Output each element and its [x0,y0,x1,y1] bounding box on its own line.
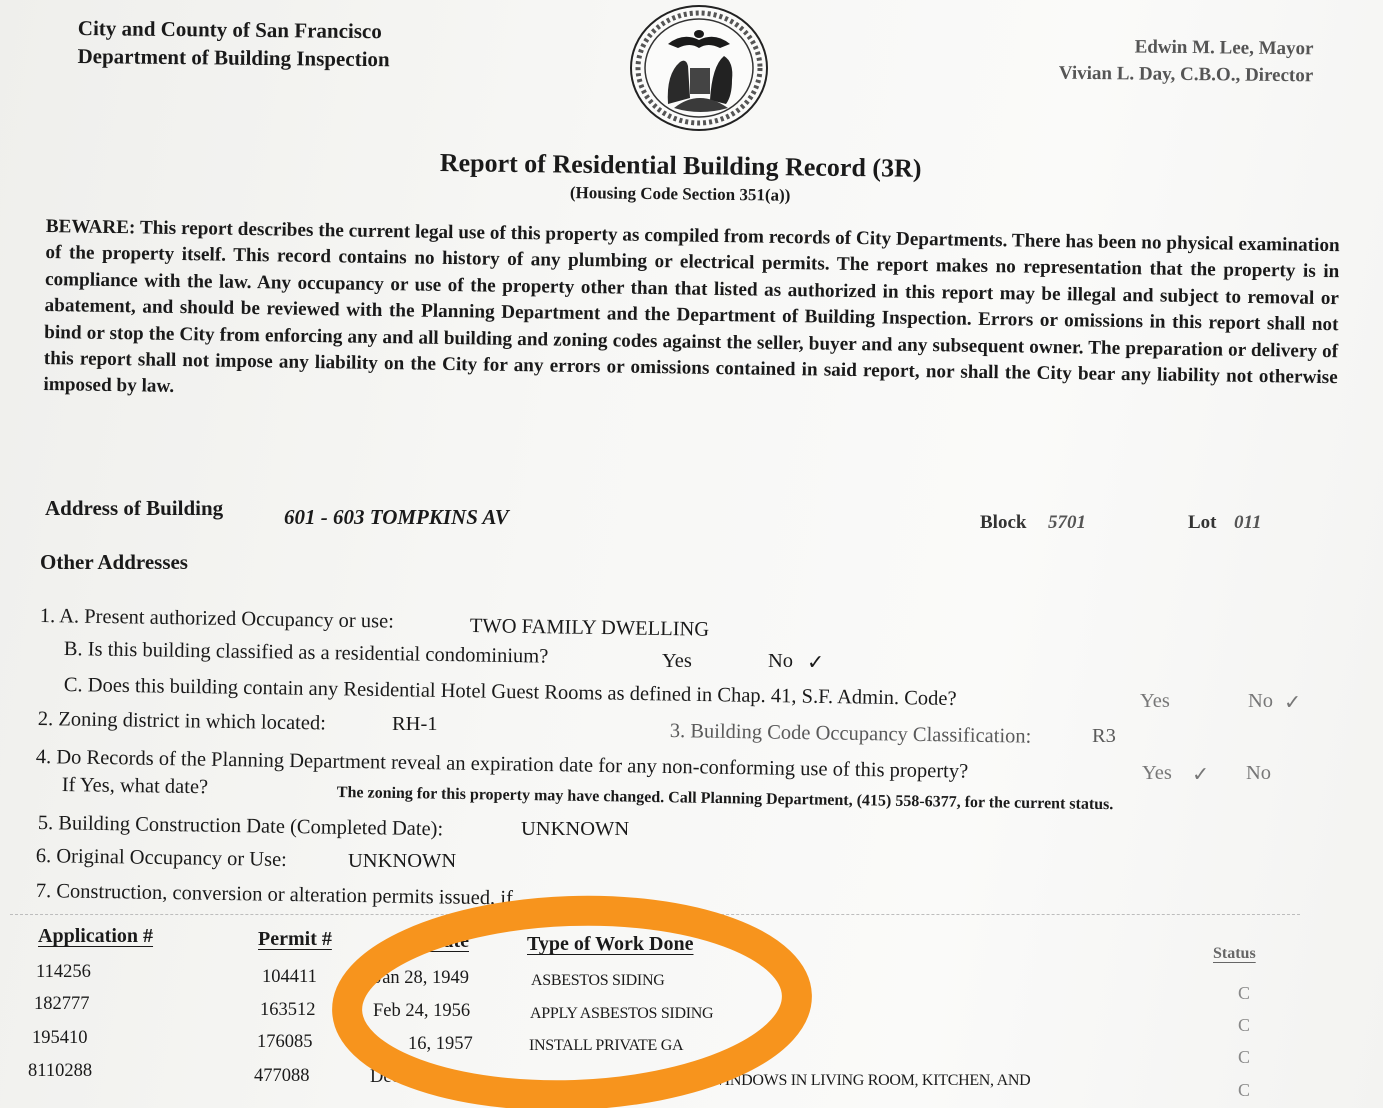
table-cell-issue-date: Feb 24, 1956 [373,1001,470,1022]
q1a-label: 1. A. Present authorized Occupancy or us… [40,605,394,634]
q5-label: 5. Building Construction Date (Completed… [38,812,444,841]
q3-value: R3 [1092,725,1116,748]
table-cell-permit: 176085 [257,1032,313,1053]
q4-yes: Yes [1142,762,1172,785]
report-title: Report of Residential Building Record (3… [440,148,922,184]
lot-label: Lot [1188,512,1217,534]
document-page: City and County of San Francisco Departm… [0,0,1383,1108]
beware-disclaimer: BEWARE: This report describes the curren… [43,214,1340,418]
q1c-yes: Yes [1140,690,1170,713]
table-cell-permit: 104411 [262,967,317,988]
q2-label: 2. Zoning district in which located: [38,708,326,736]
table-cell-application: 182777 [34,994,90,1015]
table-cell-work: ASBESTOS SIDING [531,972,664,990]
q4-sub-label: If Yes, what date? [62,774,209,799]
col-header-permit: Permit # [258,928,332,951]
beware-label: BEWARE: [46,216,136,238]
q1c-text: C. Does this building contain any Reside… [64,674,957,710]
table-cell-work-line2: BEDROOMS [528,1091,615,1108]
col-header-type-of-work: Type of Work Done [527,933,694,956]
q4-no: No [1246,762,1271,785]
q1c-label: C. Does this building contain any Reside… [64,674,957,711]
agency-name: City and County of San Francisco Departm… [77,14,390,73]
table-cell-work: APPLY ASBESTOS SIDING [530,1005,713,1023]
col-header-application: Application # [38,925,153,948]
block-value: 5701 [1048,512,1086,534]
q1b-yes: Yes [662,650,692,673]
table-cell-issue-date: 16, 1957 [408,1034,473,1055]
table-cell-permit: 163512 [260,1000,316,1021]
col-header-issue-date: ue Date [404,930,469,953]
q7-label: 7. Construction, conversion or alteratio… [36,880,513,910]
zoning-notice: The zoning for this property may have ch… [337,784,1114,814]
address-value: 601 - 603 TOMPKINS AV [284,505,509,530]
officials-block: Edwin M. Lee, Mayor Vivian L. Day, C.B.O… [1058,33,1313,90]
table-cell-work: INSTALL PRIVATE GA [529,1037,683,1055]
q3-label: 3. Building Code Occupancy Classificatio… [670,720,1032,749]
table-cell-issue-date: Jan 28, 1949 [375,968,469,989]
table-cell-status: C [1238,1015,1250,1036]
agency-line-2: Department of Building Inspection [77,42,389,73]
table-cell-application: 195410 [32,1028,88,1049]
other-addresses-label: Other Addresses [40,550,188,575]
table-cell-status: C [1238,1080,1250,1101]
q1b-no: No [768,650,793,673]
q1c-check-icon: ✓ [1284,690,1301,715]
q5-value: UNKNOWN [521,818,629,841]
agency-line-1: City and County of San Francisco [78,14,390,45]
col-header-status: Status [1213,945,1256,963]
table-cell-application: 114256 [36,962,91,983]
q1b-check-icon: ✓ [807,650,824,675]
city-seal-icon [628,4,770,132]
report-subtitle: (Housing Code Section 351(a)) [570,183,791,206]
table-cell-permit: 477088 [254,1066,310,1087]
table-cell-status: C [1238,1047,1250,1068]
q6-value: UNKNOWN [348,850,456,873]
table-cell-status: C [1238,983,1250,1004]
q1a-value: TWO FAMILY DWELLING [470,615,710,642]
director-line: Vivian L. Day, C.B.O., Director [1058,60,1313,90]
lot-value: 011 [1234,512,1261,534]
address-label: Address of Building [45,496,223,521]
q2-value: RH-1 [392,713,438,736]
block-label: Block [980,512,1026,534]
beware-text: This report describes the current legal … [43,217,1340,397]
q4-check-icon: ✓ [1192,762,1209,787]
table-top-rule [10,914,1300,915]
table-cell-issue-date: Dec 04, 19 [370,1067,451,1088]
table-cell-work-tail: E [758,1040,767,1058]
q1b-label: B. Is this building classified as a resi… [64,638,549,669]
table-cell-application: 8110288 [28,1061,92,1082]
q6-label: 6. Original Occupancy or Use: [36,845,287,872]
mayor-line: Edwin M. Lee, Mayor [1059,33,1314,63]
table-cell-work: UMINUM WINDOWS IN LIVING ROOM, KITCHEN, … [640,1072,1030,1090]
q1c-no: No [1248,690,1273,713]
